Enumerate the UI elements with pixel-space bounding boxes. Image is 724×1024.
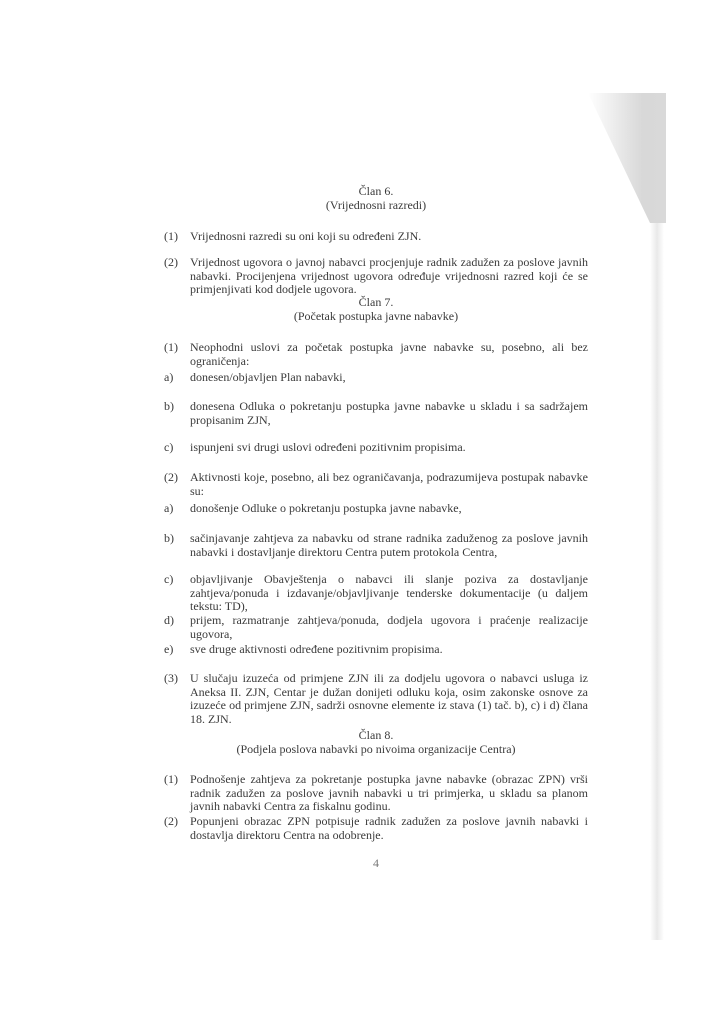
list-item: e) sve druge aktivnosti određene pozitiv… <box>164 643 588 657</box>
paragraph-text: Neophodni uslovi za početak postupka jav… <box>190 341 588 368</box>
paragraph: (3) U slučaju izuzeća od primjene ZJN il… <box>164 672 588 726</box>
paragraph-text: Aktivnosti koje, posebno, ali bez ograni… <box>190 471 588 498</box>
paragraph: (1) Vrijednosni razredi su oni koji su o… <box>164 230 588 244</box>
list-item: c) objavljivanje Obavještenja o nabavci … <box>164 573 588 614</box>
paragraph: (2) Aktivnosti koje, posebno, ali bez og… <box>164 471 588 498</box>
article-7-subtitle: (Početak postupka javne nabavke) <box>164 310 588 324</box>
article-8-subtitle: (Podjela poslova nabavki po nivoima orga… <box>164 743 588 757</box>
paragraph-text: Popunjeni obrazac ZPN potpisuje radnik z… <box>190 815 588 842</box>
paragraph-text: U slučaju izuzeća od primjene ZJN ili za… <box>190 672 588 726</box>
list-item: c) ispunjeni svi drugi uslovi određeni p… <box>164 441 588 455</box>
article-8-title: Član 8. <box>164 729 588 743</box>
article-6-title: Član 6. <box>164 185 588 199</box>
paragraph-marker: (2) <box>164 256 178 270</box>
list-text: sačinjavanje zahtjeva za nabavku od stra… <box>190 532 588 559</box>
list-item: b) sačinjavanje zahtjeva za nabavku od s… <box>164 532 588 559</box>
list-text: ispunjeni svi drugi uslovi određeni pozi… <box>190 441 588 455</box>
list-marker: d) <box>164 614 174 628</box>
paragraph: (1) Podnošenje zahtjeva za pokretanje po… <box>164 773 588 814</box>
paragraph-marker: (1) <box>164 230 178 244</box>
list-item: b) donesena Odluka o pokretanju postupka… <box>164 400 588 427</box>
paragraph-text: Vrijednosni razredi su oni koji su određ… <box>190 230 588 244</box>
list-text: prijem, razmatranje zahtjeva/ponuda, dod… <box>190 614 588 641</box>
paragraph: (2) Popunjeni obrazac ZPN potpisuje radn… <box>164 815 588 842</box>
list-text: donošenje Odluke o pokretanju postupka j… <box>190 502 588 516</box>
list-item: d) prijem, razmatranje zahtjeva/ponuda, … <box>164 614 588 641</box>
list-item: a) donesen/objavljen Plan nabavki, <box>164 371 588 385</box>
list-marker: b) <box>164 532 174 546</box>
list-text: donesena Odluka o pokretanju postupka ja… <box>190 400 588 427</box>
list-marker: c) <box>164 441 173 455</box>
paragraph-marker: (1) <box>164 341 178 355</box>
paragraph: (1) Neophodni uslovi za početak postupka… <box>164 341 588 368</box>
article-6-subtitle: (Vrijednosni razredi) <box>164 199 588 213</box>
article-7-title: Član 7. <box>164 296 588 310</box>
list-marker: b) <box>164 400 174 414</box>
list-text: objavljivanje Obavještenja o nabavci ili… <box>190 573 588 614</box>
list-marker: a) <box>164 371 173 385</box>
paragraph-text: Vrijednost ugovora o javnoj nabavci proc… <box>190 256 588 297</box>
paragraph-marker: (1) <box>164 773 178 787</box>
paragraph-marker: (3) <box>164 672 178 686</box>
paragraph-text: Podnošenje zahtjeva za pokretanje postup… <box>190 773 588 814</box>
page-number: 4 <box>164 857 588 871</box>
paragraph: (2) Vrijednost ugovora o javnoj nabavci … <box>164 256 588 297</box>
list-marker: a) <box>164 502 173 516</box>
list-marker: e) <box>164 643 173 657</box>
list-text: donesen/objavljen Plan nabavki, <box>190 371 588 385</box>
paragraph-marker: (2) <box>164 471 178 485</box>
scan-shadow-strip <box>650 220 664 940</box>
list-marker: c) <box>164 573 173 587</box>
list-item: a) donošenje Odluke o pokretanju postupk… <box>164 502 588 516</box>
paragraph-marker: (2) <box>164 815 178 829</box>
list-text: sve druge aktivnosti određene pozitivnim… <box>190 643 588 657</box>
scan-shadow-wedge <box>588 93 724 223</box>
